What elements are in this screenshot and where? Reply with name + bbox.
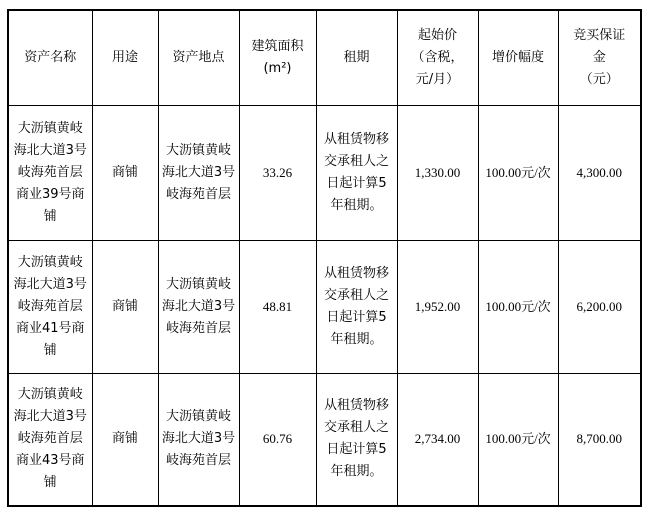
cell-asset-name: 大沥镇黄岐 海北大道3号 岐海苑首层 商业41号商 铺 [8,240,92,373]
column-header-usage: 用途 [92,10,158,105]
cell-asset-name: 大沥镇黄岐 海北大道3号 岐海苑首层 商业39号商 铺 [8,105,92,240]
cell-usage: 商铺 [92,105,158,240]
cell-deposit: 6,200.00 [558,240,641,373]
cell-lease-term: 从租赁物移 交承租人之 日起计算5 年租期。 [316,105,397,240]
column-header-location: 资产地点 [158,10,239,105]
cell-increment: 100.00元/次 [478,240,558,373]
cell-usage: 商铺 [92,240,158,373]
cell-deposit: 8,700.00 [558,373,641,506]
document-page: 资产名称 用途 资产地点 建筑面积 (m²) 租期 起始价 （含税， 元/月） … [0,0,647,512]
asset-auction-table: 资产名称 用途 资产地点 建筑面积 (m²) 租期 起始价 （含税， 元/月） … [7,9,642,507]
column-header-lease-term: 租期 [316,10,397,105]
cell-lease-term: 从租赁物移 交承租人之 日起计算5 年租期。 [316,373,397,506]
cell-location: 大沥镇黄岐 海北大道3号 岐海苑首层 [158,240,239,373]
column-header-start-price: 起始价 （含税， 元/月） [397,10,478,105]
table-row: 大沥镇黄岐 海北大道3号 岐海苑首层 商业41号商 铺 商铺 大沥镇黄岐 海北大… [8,240,641,373]
table-header-row: 资产名称 用途 资产地点 建筑面积 (m²) 租期 起始价 （含税， 元/月） … [8,10,641,105]
column-header-asset-name: 资产名称 [8,10,92,105]
cell-start-price: 1,952.00 [397,240,478,373]
cell-asset-name: 大沥镇黄岐 海北大道3号 岐海苑首层 商业43号商 铺 [8,373,92,506]
column-header-deposit: 竞买保证 金 （元） [558,10,641,105]
table-row: 大沥镇黄岐 海北大道3号 岐海苑首层 商业43号商 铺 商铺 大沥镇黄岐 海北大… [8,373,641,506]
cell-building-area: 60.76 [239,373,316,506]
cell-start-price: 2,734.00 [397,373,478,506]
cell-increment: 100.00元/次 [478,105,558,240]
cell-start-price: 1,330.00 [397,105,478,240]
column-header-building-area: 建筑面积 (m²) [239,10,316,105]
cell-usage: 商铺 [92,373,158,506]
column-header-increment: 增价幅度 [478,10,558,105]
table-row: 大沥镇黄岐 海北大道3号 岐海苑首层 商业39号商 铺 商铺 大沥镇黄岐 海北大… [8,105,641,240]
cell-deposit: 4,300.00 [558,105,641,240]
cell-building-area: 33.26 [239,105,316,240]
cell-location: 大沥镇黄岐 海北大道3号 岐海苑首层 [158,373,239,506]
cell-increment: 100.00元/次 [478,373,558,506]
cell-lease-term: 从租赁物移 交承租人之 日起计算5 年租期。 [316,240,397,373]
cell-location: 大沥镇黄岐 海北大道3号 岐海苑首层 [158,105,239,240]
cell-building-area: 48.81 [239,240,316,373]
